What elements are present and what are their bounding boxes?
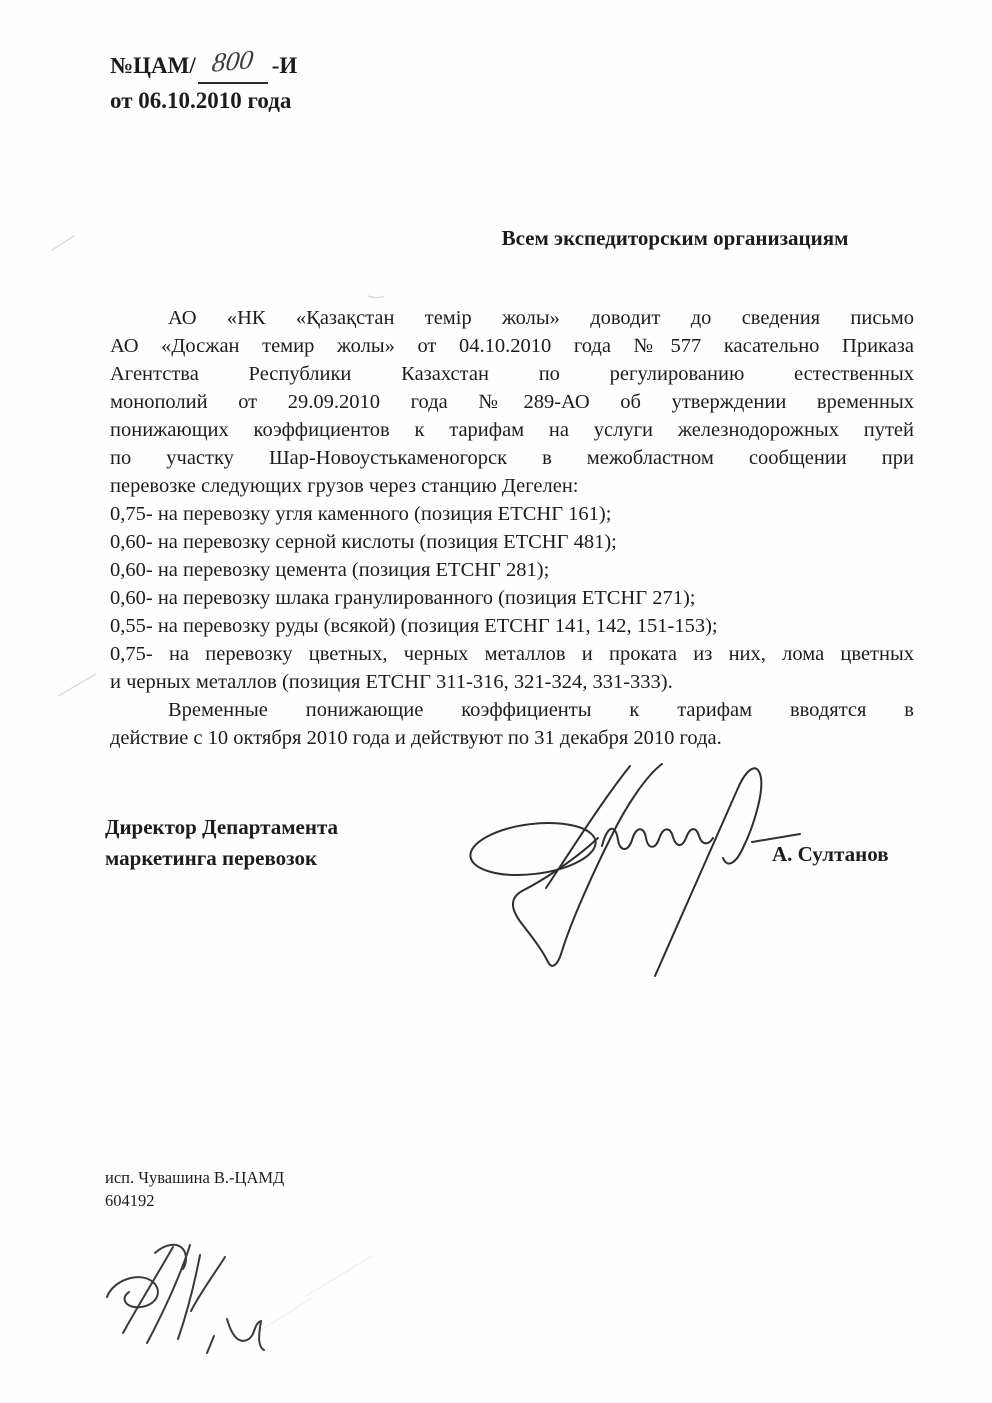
- body-line: 0,60- на перевозку серной кислоты (позиц…: [110, 528, 914, 556]
- handwritten-initials-icon: [95, 1235, 305, 1360]
- signer-title-line1: Директор Департамента: [105, 812, 338, 843]
- signer-title-line2: маркетинга перевозок: [105, 843, 338, 874]
- body-line: перевозке следующих грузов через станцию…: [110, 472, 914, 500]
- body-line: Временные понижающие коэффициенты к тари…: [110, 696, 914, 724]
- letter-body: АО «НК «Қазақстан темір жолы» доводит до…: [110, 304, 914, 752]
- recipient-heading: Всем экспедиторским организациям: [452, 226, 898, 251]
- signer-title: Директор Департамента маркетинга перевоз…: [105, 812, 338, 874]
- body-line: 0,60- на перевозку шлака гранулированног…: [110, 584, 914, 612]
- body-line: 0,55- на перевозку руды (всякой) (позици…: [110, 612, 914, 640]
- body-line: по участку Шар-Новоустькаменогорск в меж…: [110, 444, 914, 472]
- handwritten-ref-number: 800: [210, 43, 255, 79]
- body-line: Агентства Республики Казахстан по регули…: [110, 360, 914, 388]
- body-line: и черных металлов (позиция ЕТСНГ 311-316…: [110, 668, 914, 696]
- body-line: 0,60- на перевозку цемента (позиция ЕТСН…: [110, 556, 914, 584]
- ref-block: №ЦАМ/800-И от 06.10.2010 года: [110, 48, 297, 117]
- ref-suffix: -И: [272, 53, 298, 78]
- scanned-letter-page: №ЦАМ/800-И от 06.10.2010 года Всем экспе…: [0, 0, 992, 1403]
- body-line: действие с 10 октября 2010 года и действ…: [110, 724, 914, 752]
- body-line: понижающих коэффициентов к тарифам на ус…: [110, 416, 914, 444]
- executor-line: исп. Чувашина В.-ЦАМД: [105, 1166, 284, 1189]
- signer-name: А. Султанов: [772, 842, 889, 867]
- executor-block: исп. Чувашина В.-ЦАМД 604192: [105, 1166, 284, 1212]
- body-line: АО «Досжан темир жолы» от 04.10.2010 год…: [110, 332, 914, 360]
- executor-code: 604192: [105, 1189, 284, 1212]
- body-line: 0,75- на перевозку угля каменного (позиц…: [110, 500, 914, 528]
- ref-date-line: от 06.10.2010 года: [110, 84, 297, 117]
- body-line: монополий от 29.09.2010 года №289-АО об …: [110, 388, 914, 416]
- ref-prefix: №ЦАМ/: [110, 53, 196, 78]
- ref-number-underline: 800: [198, 48, 268, 84]
- body-line: АО «НК «Қазақстан темір жолы» доводит до…: [110, 304, 914, 332]
- ref-number-line: №ЦАМ/800-И: [110, 48, 297, 84]
- signature-scribble-icon: [450, 738, 810, 978]
- body-line: 0,75- на перевозку цветных, черных метал…: [110, 640, 914, 668]
